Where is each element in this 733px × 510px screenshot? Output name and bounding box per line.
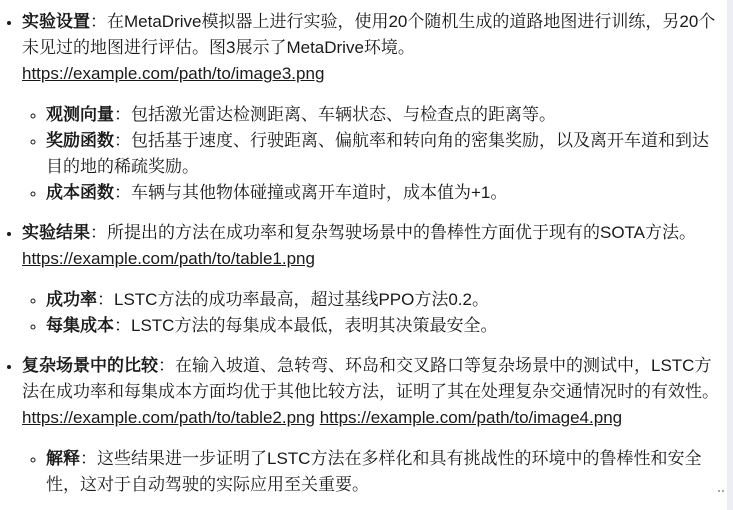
bullet-list: 实验设置：在MetaDrive模拟器上进行实验，使用20个随机生成的道路地图进行… [0, 9, 719, 498]
item-text: 所提出的方法在成功率和复杂驾驶场景中的鲁棒性方面优于现有的SOTA方法。 [107, 223, 696, 242]
colon: ： [90, 223, 107, 242]
item-label: 成本函数 [46, 183, 114, 202]
item-label: 奖励函数 [46, 131, 114, 150]
item-label: 成功率 [46, 290, 97, 309]
colon: ： [114, 183, 131, 202]
item-paragraph: 成本函数：车辆与其他物体碰撞或离开车道时，成本值为+1。 [46, 180, 719, 206]
link-image3[interactable]: https://example.com/path/to/image3.png [22, 61, 324, 87]
list-item-episode-cost: 每集成本：LSTC方法的每集成本最低，表明其决策最安全。 [46, 313, 719, 339]
item-label: 每集成本 [46, 316, 114, 335]
item-text: 车辆与其他物体碰撞或离开车道时，成本值为+1。 [131, 183, 507, 202]
item-label: 观测向量 [46, 105, 114, 124]
colon: ： [114, 316, 131, 335]
item-paragraph: 实验结果：所提出的方法在成功率和复杂驾驶场景中的鲁棒性方面优于现有的SOTA方法… [22, 220, 719, 272]
colon: ： [114, 105, 131, 124]
list-item-success-rate: 成功率：LSTC方法的成功率最高，超过基线PPO方法0.2。 [46, 287, 719, 313]
item-paragraph: 观测向量：包括激光雷达检测距离、车辆状态、与检查点的距离等。 [46, 102, 719, 128]
sub-list: 成功率：LSTC方法的成功率最高，超过基线PPO方法0.2。 每集成本：LSTC… [22, 287, 719, 339]
link-table2[interactable]: https://example.com/path/to/table2.png [22, 408, 315, 427]
colon: ： [158, 356, 175, 375]
colon: ： [97, 290, 114, 309]
item-paragraph: 实验设置：在MetaDrive模拟器上进行实验，使用20个随机生成的道路地图进行… [22, 9, 719, 87]
list-item-cost-function: 成本函数：车辆与其他物体碰撞或离开车道时，成本值为+1。 [46, 180, 719, 206]
item-text: 包括激光雷达检测距离、车辆状态、与检查点的距离等。 [131, 105, 556, 124]
item-label: 实验设置 [22, 12, 90, 31]
colon: ： [114, 131, 131, 150]
item-paragraph: 复杂场景中的比较：在输入坡道、急转弯、环岛和交叉路口等复杂场景中的测试中，LST… [22, 353, 719, 431]
list-item-reward-function: 奖励函数：包括基于速度、行驶距离、偏航率和转向角的密集奖励，以及离开车道和到达目… [46, 128, 719, 180]
link-image4[interactable]: https://example.com/path/to/image4.png [320, 408, 622, 427]
item-text: 包括基于速度、行驶距离、偏航率和转向角的密集奖励，以及离开车道和到达目的地的稀疏… [46, 131, 709, 176]
scrollbar-gutter [727, 0, 733, 510]
list-item-experiment-results: 实验结果：所提出的方法在成功率和复杂驾驶场景中的鲁棒性方面优于现有的SOTA方法… [22, 220, 719, 339]
item-paragraph: 解释：这些结果进一步证明了LSTC方法在多样化和具有挑战性的环境中的鲁棒性和安全… [46, 446, 719, 498]
sub-list: 观测向量：包括激光雷达检测距离、车辆状态、与检查点的距离等。 奖励函数：包括基于… [22, 102, 719, 206]
list-item-explanation: 解释：这些结果进一步证明了LSTC方法在多样化和具有挑战性的环境中的鲁棒性和安全… [46, 446, 719, 498]
document-page: { "page": { "background": "#ffffff", "te… [0, 0, 733, 510]
item-label: 复杂场景中的比较 [22, 356, 158, 375]
item-paragraph: 每集成本：LSTC方法的每集成本最低，表明其决策最安全。 [46, 313, 719, 339]
colon: ： [80, 449, 97, 468]
item-text: LSTC方法的每集成本最低，表明其决策最安全。 [131, 316, 497, 335]
colon: ： [90, 12, 107, 31]
item-text: LSTC方法的成功率最高，超过基线PPO方法0.2。 [114, 290, 489, 309]
resize-grip-icon[interactable] [717, 488, 725, 494]
item-label: 实验结果 [22, 223, 90, 242]
item-text: 在MetaDrive模拟器上进行实验，使用20个随机生成的道路地图进行训练，另2… [22, 12, 715, 57]
item-paragraph: 成功率：LSTC方法的成功率最高，超过基线PPO方法0.2。 [46, 287, 719, 313]
item-label: 解释 [46, 449, 80, 468]
list-item-experiment-setup: 实验设置：在MetaDrive模拟器上进行实验，使用20个随机生成的道路地图进行… [22, 9, 719, 206]
sub-list: 解释：这些结果进一步证明了LSTC方法在多样化和具有挑战性的环境中的鲁棒性和安全… [22, 446, 719, 498]
list-item-complex-scenario-comparison: 复杂场景中的比较：在输入坡道、急转弯、环岛和交叉路口等复杂场景中的测试中，LST… [22, 353, 719, 498]
item-paragraph: 奖励函数：包括基于速度、行驶距离、偏航率和转向角的密集奖励，以及离开车道和到达目… [46, 128, 719, 180]
list-item-observation-vector: 观测向量：包括激光雷达检测距离、车辆状态、与检查点的距离等。 [46, 102, 719, 128]
item-text: 这些结果进一步证明了LSTC方法在多样化和具有挑战性的环境中的鲁棒性和安全性，这… [46, 449, 701, 494]
link-table1[interactable]: https://example.com/path/to/table1.png [22, 246, 315, 272]
